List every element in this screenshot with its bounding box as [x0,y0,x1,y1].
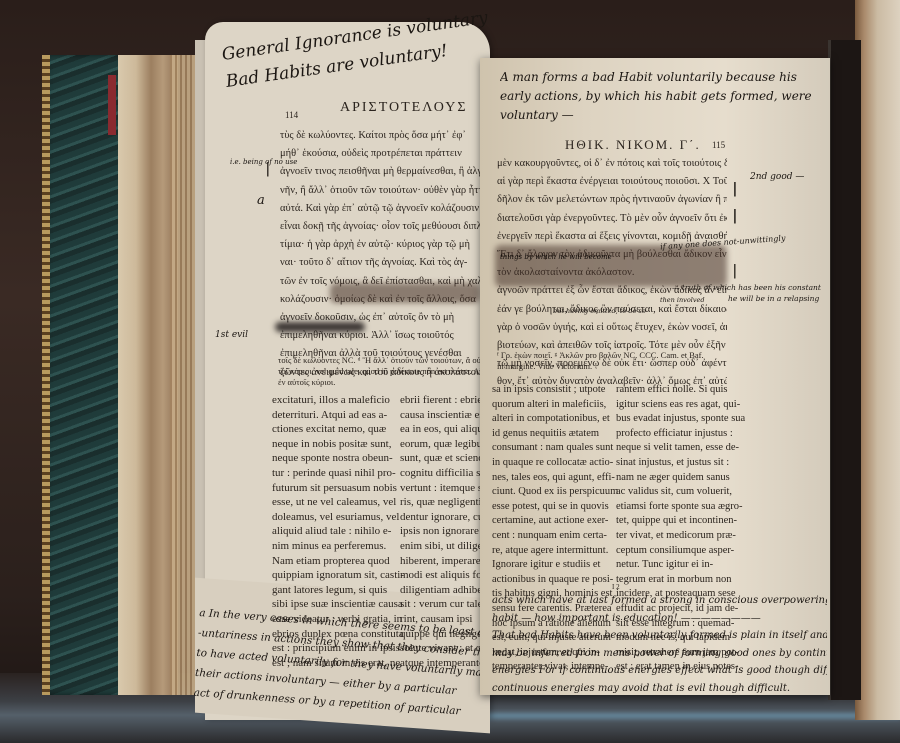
glass-reflection [420,713,900,719]
handwritten-line: may be inferred from mens power of formi… [492,645,827,663]
greek-line: αἱ γὰρ περὶ ἕκαστα ἐνέργειαι τοιούτους π… [497,173,727,191]
page-block-edge [118,55,178,695]
handwritten-line: That bad Habits have been voluntarily fo… [492,627,827,645]
latin-line: tet, quippe qui et incontinen- [616,514,736,529]
footnote-line: ᶠ Γρ. ἑκὼν ποιεῖ. ᵍ Ἀκλῶν pro βαλῶν NC. … [497,350,807,361]
handwritten-line: energies For if continuous energies effe… [492,662,827,680]
latin-line: neque in nobis positæ sunt, [272,437,407,452]
latin-line: ctiones excitat nemo, quæ [272,422,407,437]
latin-line: etiamsi forte sponte sua ægro- [616,500,736,515]
book-cover-right [828,40,861,700]
greek-line: εἶναι δοκῇ τῆς ἀγνοίας· οἷον τοῖς μεθύου… [280,218,485,236]
latin-line: dentur ignorare, cu [400,510,485,525]
latin-line: tur : perinde quasi nihil pro- [272,466,407,481]
signature-mark: I 2 [612,583,620,591]
latin-line: hiberent, imperare. [400,554,485,569]
right-margin-note-7: then involved [660,296,705,304]
right-footnotes: ᶠ Γρ. ἑκὼν ποιεῖ. ᵍ Ἀκλῶν pro βαλῶν NC. … [497,350,807,372]
latin-line: gant latores legum, si quis [272,583,407,598]
latin-line: modi est aliquis fortasse [400,568,485,583]
ink-smudge-block [495,245,727,287]
latin-line: sit : verum cur tales [400,597,485,612]
latin-line: id genus nequitiis ætatem [492,427,617,442]
latin-line: re, atque agere intermittunt. [492,544,617,559]
latin-line: esse, ut ne vel caleamus, vel [272,495,407,510]
latin-line: ebrii fierent : ebrietas [400,393,485,408]
right-handwritten-header: A man forms a bad Habit voluntarily beca… [500,68,820,125]
right-margin-note-5: — truth of which has been his constant [672,283,821,292]
latin-line: neque sponte nostra obeun- [272,451,407,466]
latin-line: causa inscientiæ est. [400,408,485,423]
handwritten-line: A man forms a bad Habit voluntarily beca… [500,68,820,87]
latin-line: ciunt. Quod ex iis perspicuum [492,485,617,500]
left-greek-text: τὺς δὲ κωλύοντες. Καίτοι πρὸς ὅσα μήτ᾽ ἐ… [280,127,485,382]
left-margin-note-2: a [257,193,265,208]
latin-line: sunt, quæ et sciendu [400,451,485,466]
latin-line: deterrituri. Atqui ad eas a- [272,408,407,423]
latin-line: cent : nunquam enim certa- [492,529,617,544]
latin-line: enim sibi, ut diligen [400,539,485,554]
left-running-head: ΑΡΙΣΤΟΤΕΛΟΥΣ [340,100,467,116]
latin-line: igitur sciens eas res agat, qui- [616,398,736,413]
latin-line: quippiam ignoratum sit, casti- [272,568,407,583]
footnote-line: τοῖς δὲ κωλύοντες NC. ᵈ Ἢ ἄλλ᾽ ὁτιοῦν τῶ… [278,355,488,366]
greek-line: ἀγνοεῖν τινος πεισθῆναι μὴ θερμαίνεσθαι,… [280,163,485,181]
latin-line: profecto efficiatur injustus : [616,427,736,442]
latin-line: ceptum consiliumque asper- [616,544,736,559]
footnote-line: ἐν αὐτοῖς κύριοι. [278,377,488,388]
margin-emphasis-bars: ||| [733,262,734,280]
latin-line: ea in eos, qui aliquid [400,422,485,437]
ink-strikethrough [275,322,365,332]
latin-line: sinat injustus, et justus sit : [616,456,736,471]
margin-emphasis-bars: |||| [733,207,734,225]
greek-line: τὺς δὲ κωλύοντες. Καίτοι πρὸς ὅσα μήτ᾽ ἐ… [280,127,485,145]
cover-gilt-border [42,55,50,695]
latin-line: aliquid aliud tale : nihilo e- [272,524,407,539]
right-margin-note-1: 2nd good — [750,172,804,182]
latin-line: futurum sit persuasum nobis [272,481,407,496]
latin-line: ipsis non ignorare [400,524,485,539]
latin-line: doleamus, vel esuriamus, vel [272,510,407,525]
latin-line: bus evadat injustus, sponte sua [616,412,736,427]
latin-line: tegrum erat in morbum non [616,573,736,588]
latin-line: neque si velit tamen, esse de- [616,441,736,456]
latin-line: certamine, aut actione exer- [492,514,617,529]
greek-line: μήθ᾽ ἑκούσια, οὐδεὶς προτρέπεται πράττει… [280,145,485,163]
latin-line: nam ne æger quidem sanus [616,471,736,486]
latin-line: esse potest, qui se in quovis [492,500,617,515]
left-handwritten-footer: a In the very cases in which there seems… [193,603,489,723]
latin-line: quorum alteri in maleficiis, [492,398,617,413]
latin-line: excitaturi, illos a maleficio [272,393,407,408]
greek-line: μὲν κακουργοῦντες, οἱ δ᾽ ἐν πότοις καὶ τ… [497,155,727,173]
footnote-line: τοὶ κύριοι, vel quid tale, quod in potes… [278,366,488,377]
left-footnotes: τοῖς δὲ κωλύοντες NC. ᵈ Ἢ ἄλλ᾽ ὁτιοῦν τῶ… [278,355,488,388]
right-margin-note-9: but having omitted, to do so [553,307,646,315]
latin-line: ac validus sit, cum voluerit, [616,485,736,500]
latin-line: alteri in compotationibus, et [492,412,617,427]
right-margin-note-3: things by which he will become [500,253,612,261]
right-handwritten-footer: acts which have at last formed a strong … [492,592,827,697]
margin-emphasis-bars: |||| [733,180,734,198]
handwritten-line: acts which have at last formed a strong … [492,592,827,610]
latin-line: nes, tales eos, qui agunt, effi- [492,471,617,486]
handwritten-line: habit — how important is education! ————… [492,610,827,628]
latin-line: diligentiam adhibere [400,583,485,598]
latin-line: ris, quæ negligentia [400,495,485,510]
latin-line: sa in ipsis consistit ; utpote [492,383,617,398]
footnote-line: in margine. Vide Victorium. [497,361,807,372]
left-page-number: 114 [285,110,298,120]
greek-line: δῆλον ἐκ τῶν μελετώντων πρὸς ἡντιναοῦν ἀ… [497,191,727,209]
greek-line: διατελοῦσι γὰρ ἐνεργοῦντες. Τὸ μὲν οὖν ἀ… [497,210,727,228]
handwritten-line: early actions, by which his habit gets f… [500,87,820,106]
right-running-head: ΗΘΙΚ. ΝΙΚΟΜ. Γ΄. [565,137,701,153]
latin-line: Nam etiam propterea quod [272,554,407,569]
latin-line: ter vivat, et medicorum præ- [616,529,736,544]
book-cover-marbled [42,55,130,695]
greek-line: αὐτά. Καὶ γὰρ ἐπ᾽ αὐτῷ τῷ ἀγνοεῖν κολάζο… [280,200,485,218]
greek-line: ναι· τοῦτο δ᾽ αἴτιον τῆς ἀγνοίας. Καὶ τὸ… [280,254,485,272]
latin-line: consumant : nam quales sunt [492,441,617,456]
greek-line: γὰρ ὁ νοσῶν ὑγιής, καὶ εἰ οὕτως ἔτυχεν, … [497,319,727,337]
handwritten-line: voluntary — [500,106,820,125]
latin-line: actionibus in quaque re posi- [492,573,617,588]
ribbon-bookmark [108,75,116,135]
margin-emphasis-bars: ||| [266,160,267,178]
latin-line: rantem effici nolle. Si quis [616,383,736,398]
latin-line: cognitu difficilia sunt, [400,466,485,481]
latin-line: vertunt : itemque si [400,481,485,496]
greek-line: νῆν, ἢ ἄλλ᾽ ὁτιοῦν τῶν τοιούτων· οὐθὲν γ… [280,182,485,200]
left-margin-note-1: i.e. being of no use [230,158,297,166]
latin-line: netur. Tunc igitur ei in- [616,558,736,573]
ink-smudge [330,283,480,303]
latin-line: eorum, quæ legibus [400,437,485,452]
right-page-number: 115 [712,140,725,150]
handwritten-line: continuous energies may avoid that is ev… [492,680,827,698]
greek-line: τίμια· ἡ γὰρ ἀρχὴ ἐν αὐτῷ· κύριος γὰρ τῷ… [280,236,485,254]
adjacent-book-edge [855,0,900,720]
latin-line: nim minus ea perferemus. [272,539,407,554]
left-margin-note-3: 1st evil [215,330,248,340]
right-margin-note-6: he will be in a relapsing [728,294,819,303]
latin-line: in quaque re collocatæ actio- [492,456,617,471]
latin-line: Ignorare igitur e studiis et [492,558,617,573]
